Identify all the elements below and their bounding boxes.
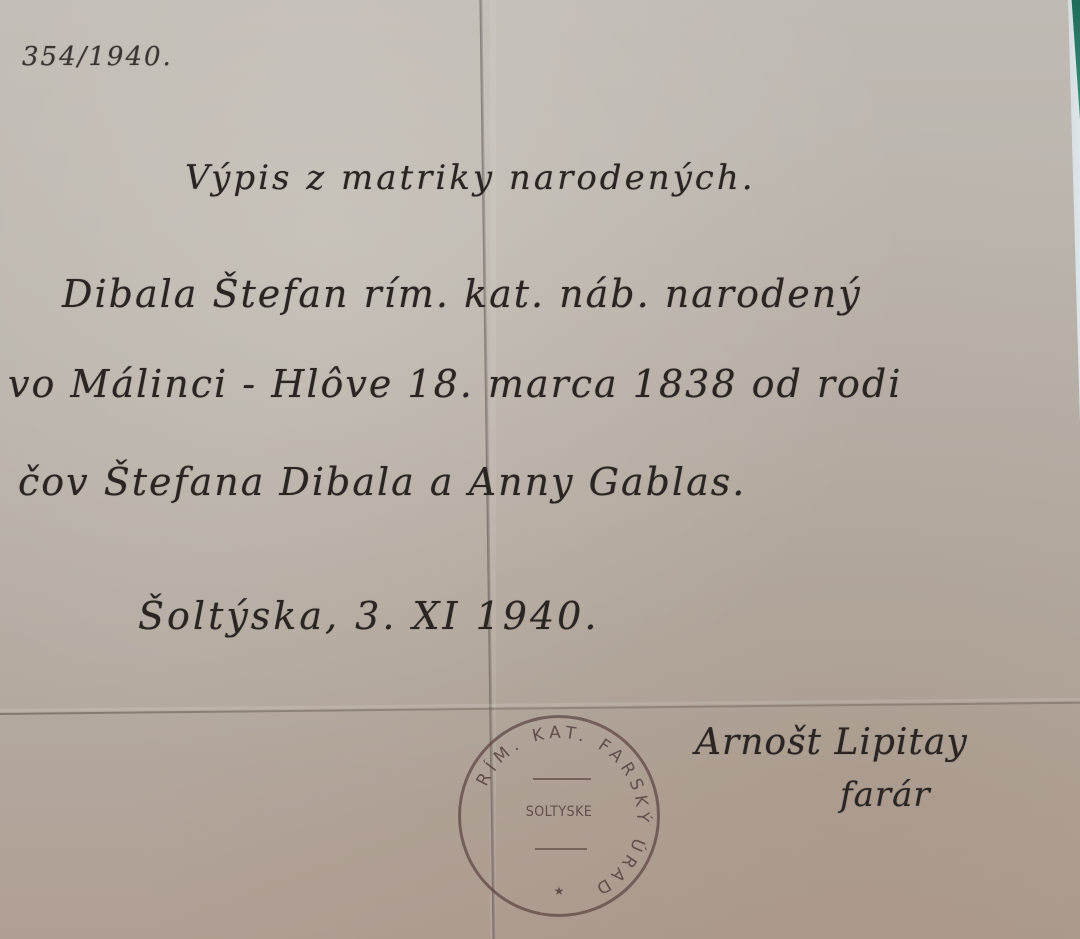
place-and-date: Šoltýska, 3. XI 1940. bbox=[138, 594, 599, 638]
body-line-1: Dibala Štefan rím. kat. náb. narodený bbox=[62, 272, 862, 316]
reference-number: 354/1940. bbox=[22, 42, 173, 72]
background-sheet-edge bbox=[1050, 0, 1080, 939]
signature-role: farár bbox=[840, 775, 931, 815]
document-photo: 354/1940. Výpis z matriky narodených. Di… bbox=[0, 0, 1080, 939]
stamp-divider-bottom bbox=[535, 848, 587, 850]
parish-stamp: RÍM. KAT. FARSKÝ ÚRAD ★ SOLTYSKE bbox=[458, 715, 660, 917]
stamp-divider-top bbox=[533, 778, 591, 780]
stamp-star-icon: ★ bbox=[554, 884, 565, 898]
body-line-2: vo Málinci - Hlôve 18. marca 1838 od rod… bbox=[8, 362, 902, 406]
document-title: Výpis z matriky narodených. bbox=[185, 158, 756, 198]
signature-name: Arnošt Lipitay bbox=[695, 722, 968, 763]
stamp-center-text: SOLTYSKE bbox=[461, 804, 657, 820]
body-line-3: čov Štefana Dibala a Anny Gablas. bbox=[18, 460, 746, 504]
